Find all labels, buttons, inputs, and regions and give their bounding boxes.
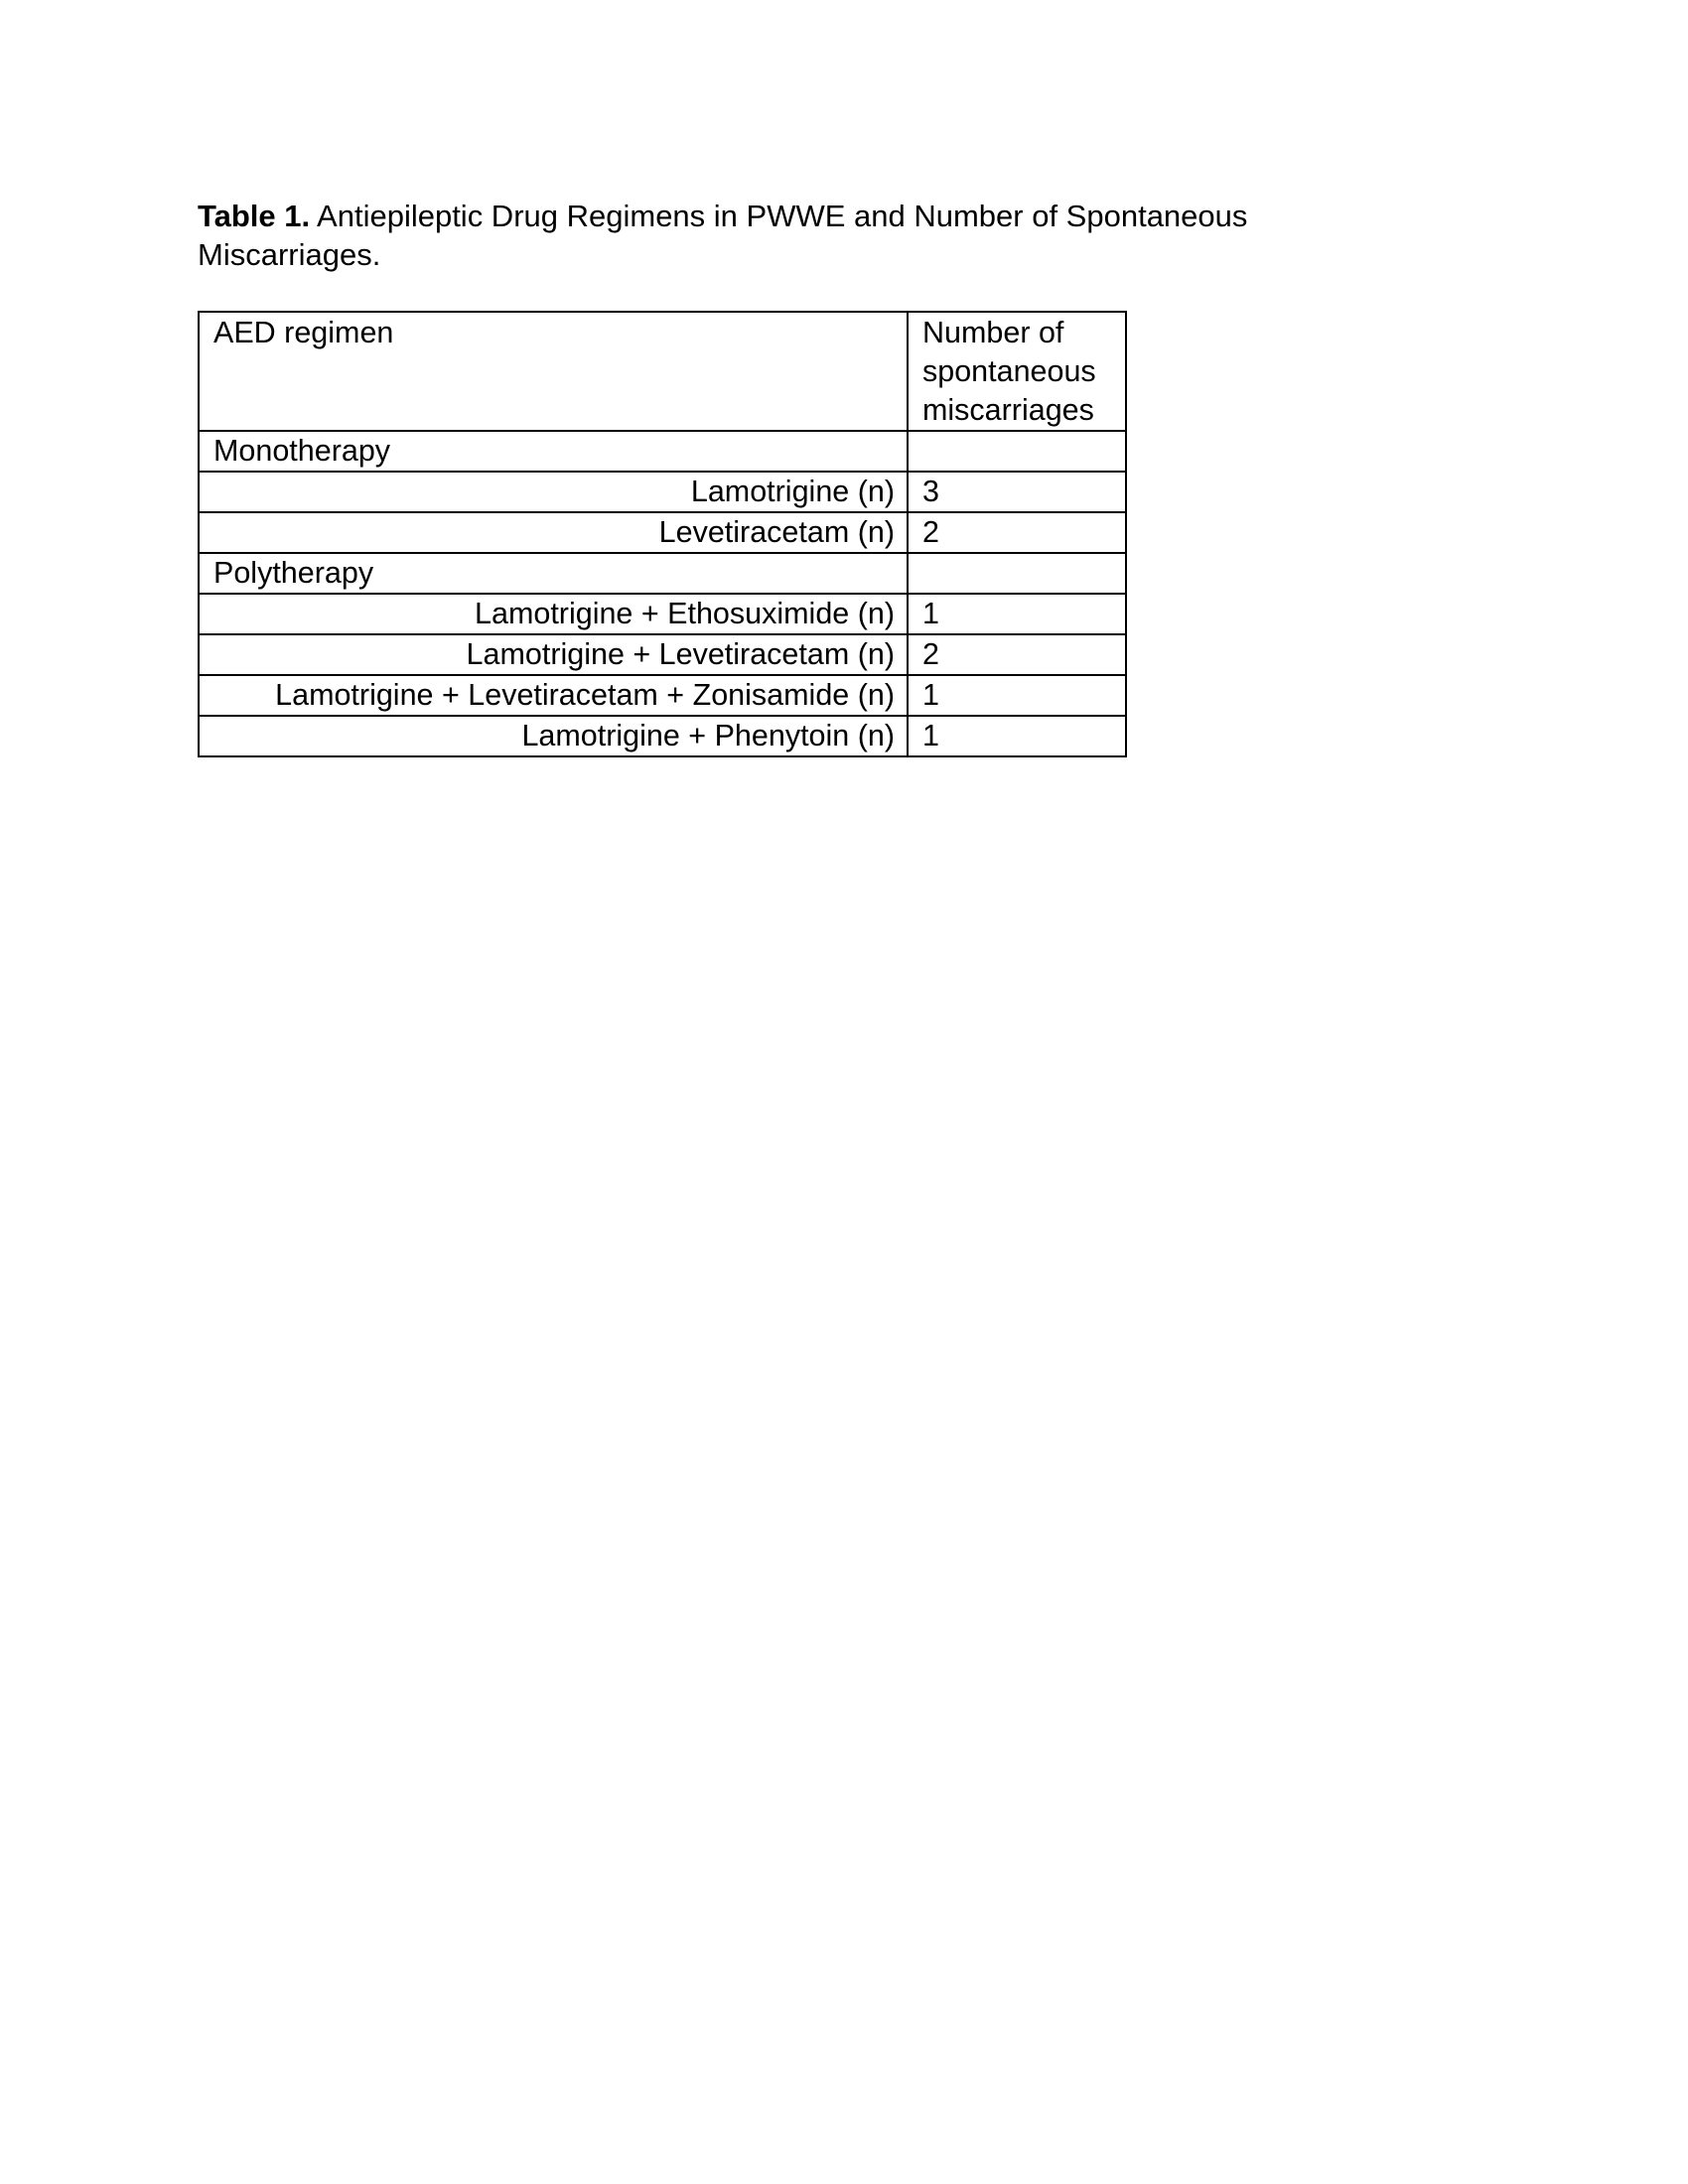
table-row: Lamotrigine + Ethosuximide (n) 1 (199, 594, 1126, 634)
count-cell: 2 (908, 634, 1126, 675)
header-miscarriage-count: Number of spontaneous miscarriages (908, 312, 1126, 431)
header-aed-regimen: AED regimen (199, 312, 908, 431)
count-cell: 1 (908, 716, 1126, 756)
count-cell: 1 (908, 594, 1126, 634)
caption-label: Table 1. (198, 199, 310, 233)
table-row: Lamotrigine + Levetiracetam (n) 2 (199, 634, 1126, 675)
count-cell (908, 431, 1126, 472)
table-row: Monotherapy (199, 431, 1126, 472)
count-cell: 2 (908, 512, 1126, 553)
regimen-cell: Levetiracetam (n) (199, 512, 908, 553)
table-row: Lamotrigine + Levetiracetam + Zonisamide… (199, 675, 1126, 716)
table-header-row: AED regimen Number of spontaneous miscar… (199, 312, 1126, 431)
caption-text: Antiepileptic Drug Regimens in PWWE and … (198, 199, 1247, 272)
count-cell (908, 553, 1126, 594)
regimen-cell: Polytherapy (199, 553, 908, 594)
regimen-cell: Lamotrigine + Levetiracetam + Zonisamide… (199, 675, 908, 716)
table-caption: Table 1. Antiepileptic Drug Regimens in … (198, 197, 1389, 274)
table-row: Levetiracetam (n) 2 (199, 512, 1126, 553)
aed-regimen-table: AED regimen Number of spontaneous miscar… (198, 311, 1127, 757)
table-row: Lamotrigine (n) 3 (199, 472, 1126, 512)
table-row: Lamotrigine + Phenytoin (n) 1 (199, 716, 1126, 756)
count-cell: 1 (908, 675, 1126, 716)
regimen-cell: Lamotrigine (n) (199, 472, 908, 512)
regimen-cell: Monotherapy (199, 431, 908, 472)
count-cell: 3 (908, 472, 1126, 512)
regimen-cell: Lamotrigine + Levetiracetam (n) (199, 634, 908, 675)
regimen-cell: Lamotrigine + Phenytoin (n) (199, 716, 908, 756)
table-row: Polytherapy (199, 553, 1126, 594)
regimen-cell: Lamotrigine + Ethosuximide (n) (199, 594, 908, 634)
